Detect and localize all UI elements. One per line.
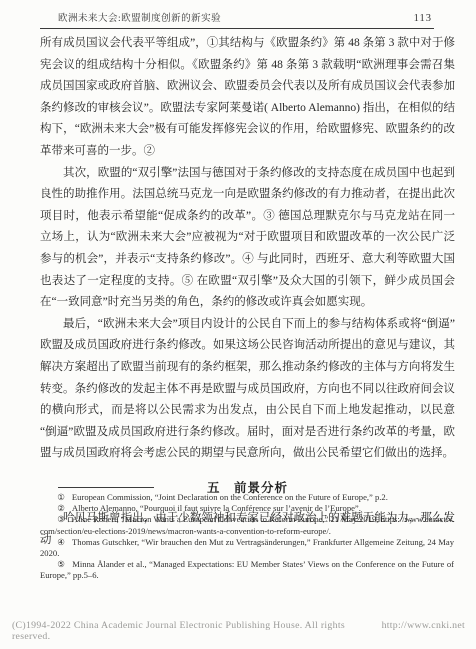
copyright-text: (C)1994-2022 China Academic Journal Elec… (12, 620, 382, 642)
footnotes: ①European Commission, “Joint Declaration… (40, 492, 454, 582)
footnote-1: ①European Commission, “Joint Declaration… (40, 492, 454, 503)
footnote-3-text: Aline Robert, “Macron Wants a European C… (40, 514, 454, 535)
paragraph-continuation: 所有成员国议会代表平等组成”，①其结构与《欧盟条约》第 48 条第 3 款中对于… (40, 33, 455, 163)
paragraph-second: 其次，欧盟的“双引擎”法国与德国对于条约修改的支持态度在成员国中也起到良性的助推… (40, 163, 455, 314)
cnki-url: http://www.cnki.net (382, 620, 465, 642)
running-title: 欧洲未来大会:欧盟制度创新的新实验 (40, 10, 221, 24)
footnote-2-marker: ② (57, 503, 65, 513)
footnote-1-marker: ① (57, 492, 65, 502)
footnote-3: ③Aline Robert, “Macron Wants a European … (40, 514, 454, 536)
paragraph-third: 最后，“欧洲未来大会”项目内设计的公民自下而上的参与结构体系或将“倒逼”欧盟及成… (40, 314, 455, 465)
footnote-2-text: Alberto Alemanno, “Pourquoi il faut suiv… (72, 503, 361, 513)
footnote-4: ④Thomas Gutschker, “Wir brauchen den Mut… (40, 537, 454, 559)
footnote-separator (58, 487, 154, 488)
footnote-5-marker: ⑤ (57, 559, 65, 569)
footnote-4-marker: ④ (57, 537, 65, 547)
journal-page: 欧洲未来大会:欧盟制度创新的新实验 113 所有成员国议会代表平等组成”，①其结… (0, 0, 476, 649)
footnote-2: ②Alberto Alemanno, “Pourquoi il faut sui… (40, 503, 454, 514)
footnote-5: ⑤Minna Ålander et al., “Managed Expectat… (40, 559, 454, 581)
footnote-5-text: Minna Ålander et al., “Managed Expectati… (40, 559, 454, 580)
running-header: 欧洲未来大会:欧盟制度创新的新实验 113 (40, 10, 434, 29)
article-body: 所有成员国议会代表平等组成”，①其结构与《欧盟条约》第 48 条第 3 款中对于… (40, 33, 455, 552)
footnote-3-marker: ③ (57, 514, 65, 524)
footnote-4-text: Thomas Gutschker, “Wir brauchen den Mut … (40, 537, 454, 558)
footnote-1-text: European Commission, “Joint Declaration … (72, 492, 388, 502)
page-number: 113 (414, 13, 434, 24)
copyright-footer: (C)1994-2022 China Academic Journal Elec… (12, 620, 465, 642)
